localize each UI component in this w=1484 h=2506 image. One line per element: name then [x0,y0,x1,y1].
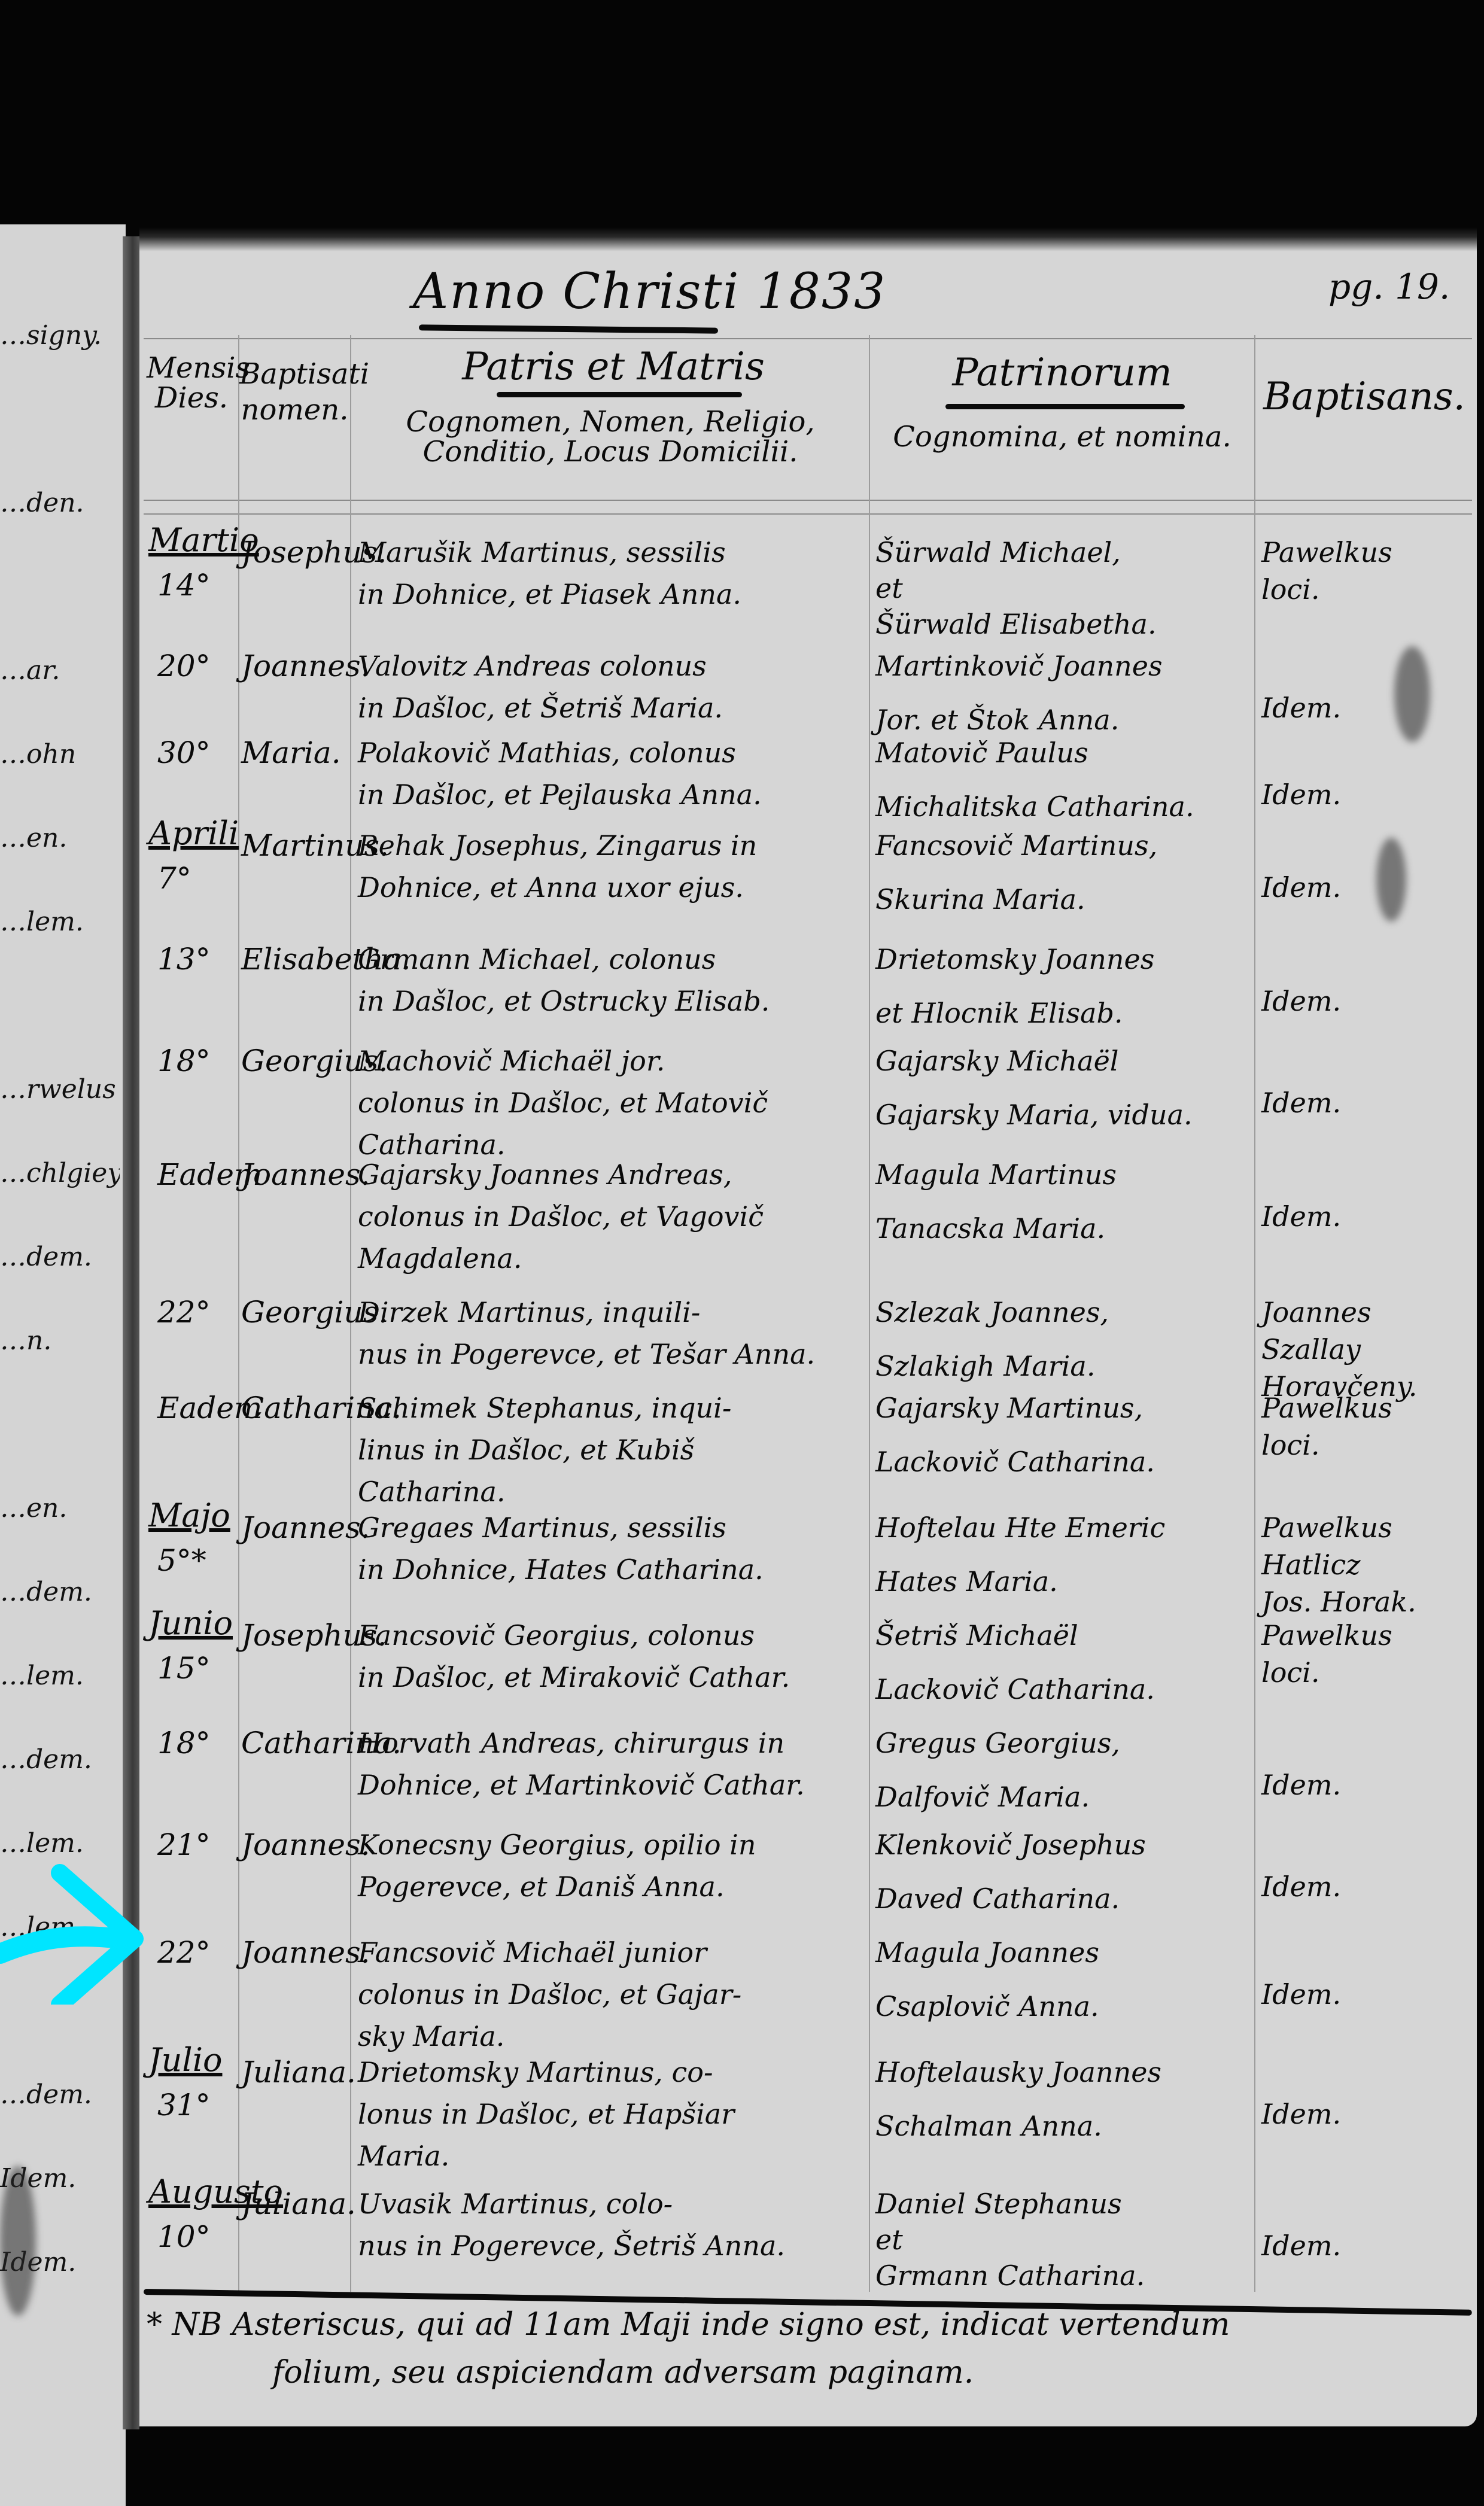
entry-baptizer-line: Idem. [1261,862,1341,913]
entry-baptized-name: Joannes. [241,1149,370,1200]
entry-parents-line: in Dašloc, et Pejlauska Anna. [358,769,762,820]
annotation-arrow-icon [0,1849,144,2005]
entry-baptized-name: Joannes. [241,1927,370,1978]
entry-godparents-line: Szlezak Joannes, [875,1287,1109,1338]
footnote: * NB Asteriscus, qui ad 11am Maji inde s… [147,2301,1463,2396]
entry-parents-line: in Dašloc, et Mirakovič Cathar. [358,1652,790,1703]
entry-parents-line: Dohnice, et Anna uxor ejus. [358,862,744,913]
entry-day: 15° [157,1643,211,1694]
entry-godparents-line: Klenkovič Josephus [875,1819,1146,1871]
entry-baptized-name: Joannes. [241,1819,370,1871]
entry-godparents-line: Gajarsky Maria, vidua. [875,1089,1193,1141]
entry-parents-line: Dohnice, et Martinkovič Cathar. [358,1759,805,1811]
left-page-fragment: …n. [0,1325,120,1356]
entry-day: 10° [157,2211,211,2262]
entry-baptizer-line: Idem. [1261,2220,1341,2271]
left-page-fragment: …en. [0,823,120,853]
left-page-fragment: …dem. [0,1242,120,1272]
left-page-fragment: …dem. [0,2079,120,2110]
column-rule [238,335,239,2292]
entry-day: 14° [157,559,211,611]
entry-day: 30° [157,727,211,778]
header-date-line1: Mensis [147,353,236,383]
entry-godparents-line: Šürwald Michael, [875,527,1121,578]
entry-day: 21° [157,1819,211,1871]
entry-baptizer-line: Idem. [1261,769,1341,820]
left-page-fragment: …ohn [0,739,120,770]
entry-godparents-line: Lackovič Catharina. [875,1663,1155,1715]
ink-stain [1376,838,1406,921]
entry-godparents-line: Drietomsky Joannes [875,933,1154,985]
column-rule [1254,335,1255,2292]
header-date: Mensis Dies. [147,353,236,413]
entry-godparents-line: Fancsovič Martinus, [875,820,1157,871]
page-top-edge [139,227,1477,251]
header-date-line2: Dies. [147,383,236,413]
book-gutter [123,236,139,2429]
entry-month: Julio [148,2034,222,2086]
header-parents-sub-line1: Cognomen, Nomen, Religio, [353,407,868,437]
page-title: Anno Christi 1833 [413,263,886,320]
column-rule [869,335,870,2292]
entry-day: 7° [157,853,191,904]
entry-baptized-name: Maria. [241,727,341,778]
left-page-fragment: …en. [0,1493,120,1523]
header-parents-sub: Cognomen, Nomen, Religio, Conditio, Locu… [353,407,868,467]
adjacent-left-page: …signy.…den.…ar.…ohn…en.…lem.…rwelus…chl… [0,224,126,2506]
ink-stain [0,2166,36,2316]
entry-day: 13° [157,933,211,985]
entry-day: 31° [157,2079,211,2131]
entry-day: 20° [157,640,211,692]
entry-godparents-line: et Hlocnik Elisab. [875,987,1123,1039]
entry-godparents-line: Schalman Anna. [875,2100,1102,2152]
left-page-fragment: …rwelus [0,1074,120,1105]
header-baptized-line1: Baptisati [239,359,350,389]
left-page-fragment: …dem. [0,1744,120,1775]
entry-godparents-line: Dalfovič Maria. [875,1771,1090,1823]
entry-baptizer-line: Idem. [1261,1861,1341,1912]
left-page-fragment: …lem. [0,1660,120,1691]
footnote-text-1: Asteriscus, qui ad 11am Maji inde signo … [232,2307,1230,2343]
entry-day: 18° [157,1035,211,1087]
header-parents-sub-line2: Conditio, Locus Domicilii. [353,437,868,467]
header-baptizer: Baptisans. [1257,377,1472,417]
entry-parents-line: Magdalena. [358,1233,522,1284]
entry-godparents-line: Grmann Catharina. [875,2250,1145,2301]
entry-godparents-line: Gajarsky Martinus, [875,1382,1143,1434]
left-page-fragment: …signy. [0,320,120,351]
header-top-rule [144,338,1472,339]
entry-godparents-line: Tanacska Maria. [875,1203,1105,1254]
left-page-fragment: …dem. [0,1577,120,1607]
header-parents-underline [497,392,742,397]
header-godparents-title: Patrinorum [874,353,1251,393]
entry-month: Aprili [148,808,239,859]
entry-godparents-line: Gregus Georgius, [875,1717,1120,1769]
entry-baptizer-line: loci. [1261,1419,1320,1471]
entry-baptizer-line: Idem. [1261,682,1341,734]
entry-baptizer-line: Idem. [1261,2088,1341,2140]
entry-month: Majo [148,1490,230,1541]
entry-godparents-line: Skurina Maria. [875,874,1085,925]
entry-godparents-line: Magula Joannes [875,1927,1099,1978]
header-bottom-rule [144,500,1472,501]
entry-parents-line: in Dohnice, Hates Catharina. [358,1544,764,1595]
entry-parents-line: in Dašloc, et Ostrucky Elisab. [358,975,770,1027]
entry-godparents-line: Hoftelausky Joannes [875,2046,1161,2098]
entry-godparents-line: Daniel Stephanus [875,2178,1122,2230]
entry-baptizer-line: Idem. [1261,1191,1341,1242]
entry-baptized-name: Joannes. [241,1502,370,1553]
header-bottom-rule-2 [144,513,1472,515]
entry-parents-line: Pogerevce, et Daniš Anna. [358,1861,725,1912]
entry-baptizer-line: Idem. [1261,1969,1341,2020]
entry-godparents-line: Šetriš Michaël [875,1610,1078,1661]
entry-godparents-line: Hoftelau Hte Emeric [875,1502,1165,1553]
entry-parents-line: Maria. [358,2130,449,2182]
entry-baptized-name: Juliana. [241,2046,356,2098]
entry-day: 22° [157,1287,211,1338]
ink-stain [1394,646,1430,742]
entry-baptized-name: Joannes. [241,640,370,692]
entry-godparents-line: Gajarsky Michaël [875,1035,1119,1087]
entry-godparents-line: Hates Maria. [875,1556,1058,1607]
entry-godparents-line: Magula Martinus [875,1149,1117,1200]
left-page-fragment: …chlgiey. [0,1158,120,1188]
entry-godparents-line: Daved Catharina. [875,1873,1120,1924]
left-page-fragment: …ar. [0,655,120,686]
header-baptized-line2: nomen. [239,395,350,425]
left-page-fragment: …lem. [0,907,120,937]
footnote-text-2: folium, seu aspiciendam adversam paginam… [272,2355,974,2391]
entry-baptized-name: Juliana. [241,2178,356,2230]
entry-day: 22° [157,1927,211,1978]
entry-baptizer-line: loci. [1261,564,1320,615]
entry-godparents-line: Matovič Paulus [875,727,1088,778]
entry-day: 5°* [157,1535,206,1586]
entry-baptizer-line: loci. [1261,1647,1320,1698]
header-baptized: Baptisati nomen. [239,359,350,425]
entry-parents-line: in Dohnice, et Piasek Anna. [358,568,741,620]
entry-parents-line: nus in Pogerevce, et Tešar Anna. [358,1328,815,1380]
entry-baptizer-line: Idem. [1261,975,1341,1027]
header-godparents-sub: Cognomina, et nomina. [874,422,1251,452]
entry-parents-line: in Dašloc, et Šetriš Maria. [358,682,723,734]
entry-godparents-line: Csaplovič Anna. [875,1981,1099,2032]
header-godparents-underline [945,404,1185,409]
entry-godparents-line: Lackovič Catharina. [875,1436,1155,1488]
entry-parents-line: nus in Pogerevce, Šetriš Anna. [358,2220,785,2271]
entry-baptizer-line: Idem. [1261,1759,1341,1811]
header-parents-title: Patris et Matris [359,347,868,387]
page-number: pg. 19. [1328,266,1450,307]
footnote-marker: * NB [147,2307,222,2343]
footnote-line1: * NB Asteriscus, qui ad 11am Maji inde s… [147,2301,1463,2349]
left-page-fragment: …den. [0,488,120,518]
entry-baptizer-line: Idem. [1261,1077,1341,1129]
entry-month: Junio [148,1598,233,1649]
entry-day: 18° [157,1717,211,1769]
footnote-line2: folium, seu aspiciendam adversam paginam… [147,2349,1463,2396]
entry-godparents-line: Martinkovič Joannes [875,640,1163,692]
